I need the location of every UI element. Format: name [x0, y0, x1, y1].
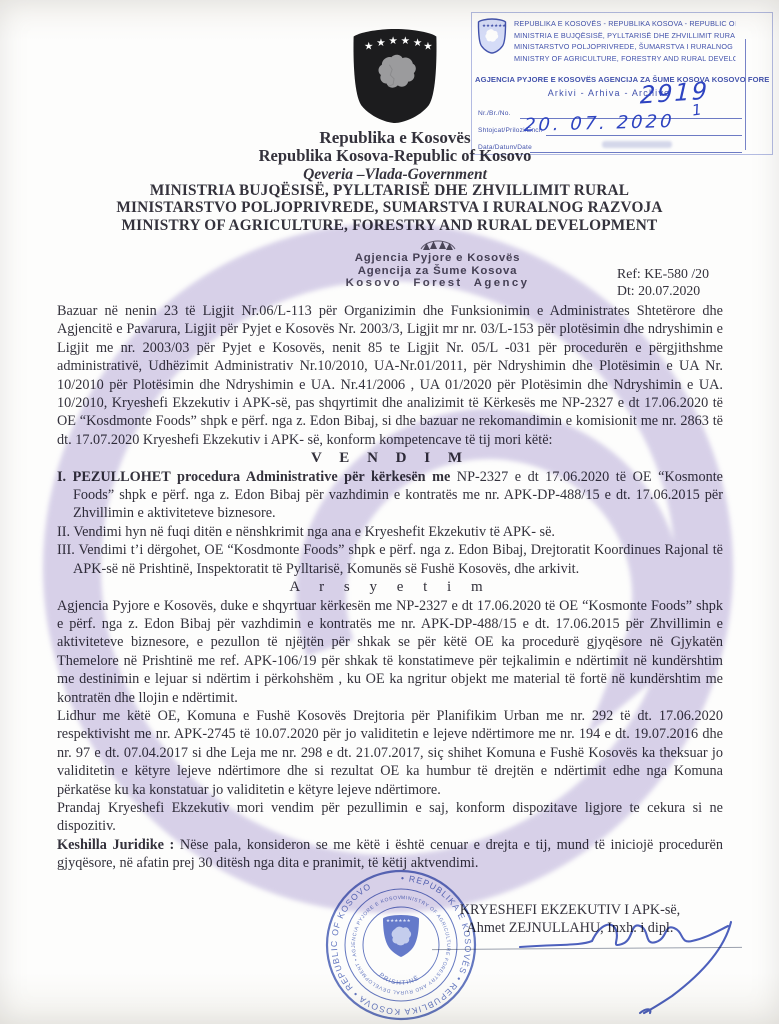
signature-block: KRYESHEFI EKZEKUTIV I APK-së, Ahmet ZEJN… [425, 902, 715, 937]
decision-item-1-lead: I. PEZULLOHET procedura Administrative p… [57, 469, 450, 485]
stamp-header-line-1: REPUBLIKA E KOSOVËS - REPUBLIKA KOSOVA -… [514, 18, 735, 30]
reasoning-paragraph-3: Prandaj Kryeshefi Ekzekutiv mori vendim … [57, 799, 723, 836]
stamp-header-line-4: MINISTRY OF AGRICULTURE, FORESTRY AND RU… [514, 53, 735, 65]
reasoning-paragraph-2: Lidhur me këtë OE, Komuna e Fushë Kosovë… [57, 707, 723, 799]
reference-block: Ref: KE-580 /20 Dt: 20.07.2020 [617, 266, 709, 299]
signatory-title: KRYESHEFI EKZEKUTIV I APK-së, [425, 902, 715, 920]
kosovo-coat-of-arms-icon: ★ ★ ★ ★ ★ ★ [348, 26, 442, 126]
stamp-illegible-note [602, 141, 672, 148]
agency-name-sq: Agjencia Pyjore e Kosovës [100, 252, 775, 265]
svg-text:★: ★ [423, 42, 432, 53]
seal-center-text: PRISHTINË [377, 972, 421, 987]
svg-text:★: ★ [413, 38, 422, 49]
official-round-seal: • REPUBLIKA E KOSOVËS • REPUBLIKA KOSOVA… [320, 866, 482, 1024]
legal-advice: Keshilla Juridike : Nëse pala, konsidero… [57, 836, 723, 873]
decision-item-2: II. Vendimi hyn në fuqi ditën e nënshkri… [57, 523, 723, 541]
reasoning-title: A r s y e t i m [57, 578, 723, 596]
decision-item-1: I. PEZULLOHET procedura Administrative p… [57, 468, 723, 523]
svg-text:★: ★ [388, 36, 397, 47]
forest-agency-logo-icon [417, 236, 459, 252]
ministry-name-sr: MINISTARSTVO POLJOPRIVREDE, SUMARSTVA I … [30, 199, 749, 216]
reference-number: Ref: KE-580 /20 [617, 266, 709, 283]
stamp-shield-icon: ★★★★★★ [477, 18, 507, 54]
svg-text:★: ★ [364, 42, 373, 53]
svg-text:PRISHTINË: PRISHTINË [377, 972, 421, 987]
intro-paragraph: Bazuar në nenin 23 të Ligjit Nr.06/L-113… [57, 302, 723, 449]
signature-line [432, 947, 742, 950]
svg-text:★: ★ [401, 36, 410, 47]
stamp-field-number-label: Nr./Br./No. [478, 110, 511, 117]
decision-item-3: III. Vendimi t’i dërgohet, OE “Kosdmonte… [57, 541, 723, 578]
archive-stamp: ★★★★★★ REPUBLIKA E KOSOVËS - REPUBLIKA K… [471, 12, 773, 155]
document-page: ★ ★ ★ ★ ★ ★ Republika e Kosovës Republik… [0, 0, 779, 1024]
ministry-name-sq: MINISTRIA BUJQËSISË, PYLLTARISË DHE ZHVI… [30, 182, 749, 199]
seal-ring-text: • REPUBLIKA E KOSOVËS • REPUBLIKA KOSOVA… [329, 873, 473, 1017]
svg-text:★★★★★★: ★★★★★★ [386, 918, 412, 923]
decision-title: V E N D I M [57, 449, 723, 467]
reference-date: Dt: 20.07.2020 [617, 283, 709, 300]
stamp-header-line-5: AGJENCIA PYJORE E KOSOVËS AGENCIJA ZA ŠU… [475, 75, 769, 84]
svg-text:• REPUBLIKA E KOSOVËS • REPUBL: • REPUBLIKA E KOSOVËS • REPUBLIKA KOSOVA… [329, 873, 473, 1017]
signatory-name: Ahmet ZEJNULLAHU, Inxh. i dipl. [425, 920, 715, 938]
seal-shield-icon: ★★★★★★ [383, 915, 419, 957]
stamp-header-line-2: MINISTRIA E BUJQËSISË, PYLLTARISË DHE ZH… [514, 30, 735, 42]
reasoning-paragraph-1: Agjencia Pyjore e Kosovës, duke e shqyrt… [57, 597, 723, 707]
legal-advice-label: Keshilla Juridike : [57, 837, 174, 853]
svg-text:★★★★★★: ★★★★★★ [482, 23, 507, 28]
ministry-header: MINISTRIA BUJQËSISË, PYLLTARISË DHE ZHVI… [30, 182, 749, 234]
ministry-name-en: MINISTRY OF AGRICULTURE, FORESTRY AND RU… [30, 217, 749, 234]
document-body: Bazuar në nenin 23 të Ligjit Nr.06/L-113… [57, 302, 723, 873]
stamp-field-date-label: Data/Datum/Date [478, 144, 532, 151]
government-line: Qeveria –Vlada-Government [165, 166, 625, 183]
stamp-header-line-3: MINISTARSTVO POLJOPRIVREDE, ŠUMARSTVA I … [514, 41, 735, 53]
handwritten-date: 20. 07. 2020 [523, 111, 675, 136]
svg-text:★: ★ [376, 38, 385, 49]
